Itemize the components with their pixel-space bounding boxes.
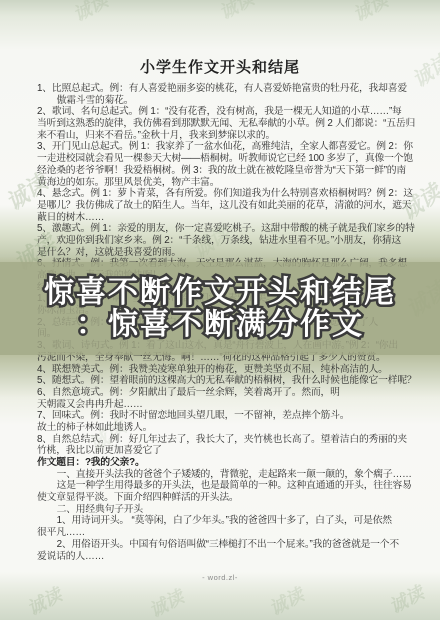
caption-overlay-band: 惊喜不断作文开头和结尾 ：惊喜不断满分作文 xyxy=(0,262,440,355)
text-line: 2、歌词、名句总起式。例 1：“没有花香，没有树高，我是一棵无人知道的小草……”… xyxy=(37,106,413,118)
text-line: 天朝霞又会冉冉升起…… xyxy=(37,399,413,411)
text-line: 4、联想赞美式。例：我赞美凌寒单独开的梅花，更赞美坚贞不屈、纯朴高洁的人。 xyxy=(37,364,413,376)
text-line: 产，欢迎你到我们家乡来。例 2：“千条线，万条线，钻进水里看不见。”小朋友，你猜… xyxy=(37,235,413,247)
text-line: 8、自然总结式。例：好几年过去了，我长大了，夹竹桃也长高了。望着洁白的秀丽的夹 xyxy=(37,434,413,446)
document-title: 小学生作文开头和结尾 xyxy=(0,56,440,77)
text-line: 使文章显得平淡。下面介绍四种鲜活的开头法。 xyxy=(37,492,413,504)
text-line: 2、用俗语开头。中国有句俗语叫做“三棒槌打不出一个屁来。”我的爸爸就是一个不 xyxy=(37,539,413,551)
text-line: 5、随想式。例：望着眼前的这棵高大的无私奉献的梧桐树，我什么时候也能像它一样呢？ xyxy=(37,375,413,387)
text-line: 6、自然意境式。例：夕阳献出了最后一丝余辉，笑着离开了。然而，明 xyxy=(37,387,413,399)
text-line: 一走进校园就会看见一棵参天大树——梧桐树。听教师说它已经 100 多岁了，真像一… xyxy=(37,153,413,165)
text-line: 1、比照总起式。例：有人喜爱艳丽多姿的桃花，有人喜爱娇艳富贵的牡丹花，我却喜爱 xyxy=(37,83,413,95)
text-line: 黄海边的如东。那里风景优美，物产丰富。 xyxy=(37,177,413,189)
caption-line-2: ：惊喜不断满分作文 xyxy=(76,309,364,341)
text-line: 是哪儿？我仿佛成了故土的陌生人。当年，这儿没有如此美丽的花草，清澈的河水，遮天 xyxy=(37,200,413,212)
text-line: 5、激趣式。例 1：亲爱的朋友，你一定喜爱吃桃子。这甜中带酸的桃子就是我们家乡的… xyxy=(37,223,413,235)
text-line: 爱说话的人…… xyxy=(37,551,413,563)
text-line: 蔽日的树木…… xyxy=(37,212,413,224)
text-line: 很平凡…… xyxy=(37,527,413,539)
scanned-document-page: 小学生作文开头和结尾 1、比照总起式。例：有人喜爱艳丽多姿的桃花，有人喜爱娇艳富… xyxy=(0,0,440,620)
text-line: 故土的柿子林如此地诱人。 xyxy=(37,422,413,434)
text-line: 1、用诗词开头。 “莫等闲，白了少年头。”我的爸爸四十多了，白了头，可是依然 xyxy=(37,515,413,527)
caption-line-1: 惊喜不断作文开头和结尾 xyxy=(44,277,396,309)
text-line: 傲霜斗雪的菊花。 xyxy=(37,95,413,107)
text-line: 是什么？对，这就是我喜爱的雨。 xyxy=(37,247,413,259)
text-line: 作文题目：?我的父亲?。 xyxy=(37,457,413,469)
text-line: 7、回味式。例：我时不时留恋地回头望几眼，一不留神，差点摔个筋斗。 xyxy=(37,410,413,422)
text-line: 4、悬念式。例 1：萝卜青菜，各有所爱。你们知道我为什么特别喜欢梧桐树吗？例 2… xyxy=(37,188,413,200)
text-line: 一、直接开头法我的爸爸个子矮矮的，背微驼，走起路来一颠一颠的，象个瘸子…… xyxy=(37,469,413,481)
footer-note: - word.zl- xyxy=(0,573,440,582)
text-line: 当听到这熟悉的旋律，我仿佛看到那默默无闻、无私奉献的小草。例 2 人们都说：“五… xyxy=(37,118,413,130)
text-line: 竹桃，我比以前更加喜爱它了 xyxy=(37,445,413,457)
text-line: 二、用经典句子开头 xyxy=(37,504,413,516)
text-line: 这是一种学生用得最多的开头法，也是最简单的一种。这种直通通的开头，往往容易 xyxy=(37,480,413,492)
text-line: 3、开门见山总起式。例 1：我家养了一盆水仙花，高雅纯洁，全家人都喜爱它。例 2… xyxy=(37,141,413,153)
text-line: 来不看山，归来不看岳。”金秋十月，我来到梦寐以求的。 xyxy=(37,130,413,142)
text-line: 经沧桑的老爷爷啊！我爱梧桐树。例 3：我的故土就在被乾隆皇帝誉为“天下第一鲜”的… xyxy=(37,165,413,177)
